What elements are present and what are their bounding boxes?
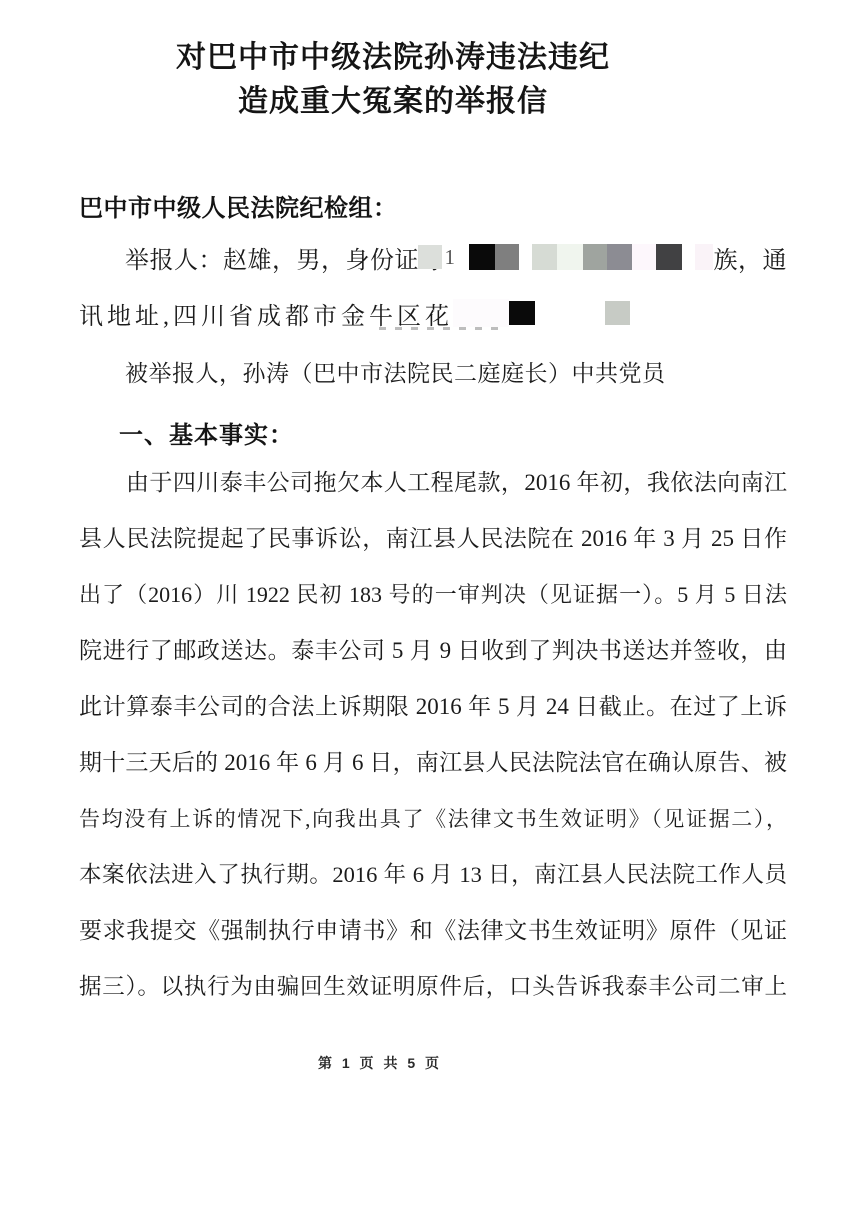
body-line: 期十三天后的 2016 年 6 月 6 日，南江县人民法院法官在确认原告、被 <box>79 735 787 791</box>
body-line: 出了（2016）川 1922 民初 183 号的一审判决（见证据一）。5 月 5… <box>79 567 787 623</box>
document-title: 对巴中市中级法院孙涛违法违纪 造成重大冤案的举报信 <box>0 36 786 124</box>
redaction-block <box>656 244 682 270</box>
redaction-block <box>607 244 632 270</box>
reporter-prefix-segment: 举报人：赵雄，男，身份证号1 <box>125 240 456 275</box>
section-heading: 一、基本事实： <box>79 415 294 450</box>
reporter-suffix-text: 族，通 <box>713 240 787 275</box>
redaction-block <box>557 244 583 270</box>
address-line: 讯地址,四川省成都市金牛区花 <box>79 299 787 327</box>
salutation-line: 巴中市中级人民法院纪检组： <box>79 188 398 223</box>
reporter-identity-line: 举报人：赵雄，男，身份证号1 族，通 <box>79 243 787 271</box>
redaction-block <box>632 244 656 270</box>
id-redaction-group-c <box>695 244 713 270</box>
redaction-block <box>453 299 509 327</box>
reporter-prefix-text: 举报人：赵雄，男，身份证号 <box>125 240 444 275</box>
body-line: 院进行了邮政送达。泰丰公司 5 月 9 日收到了判决书送达并签收，由 <box>79 623 787 679</box>
address-prefix-text: 讯地址,四川省成都市金牛区花 <box>79 296 453 331</box>
body-line: 由于四川泰丰公司拖欠本人工程尾款，2016 年初，我依法向南江 <box>79 455 787 511</box>
body-line: 要求我提交《强制执行申请书》和《法律文书生效证明》原件（见证 <box>79 903 787 959</box>
body-line: 县人民法院提起了民事诉讼，南江县人民法院在 2016 年 3 月 25 日作 <box>79 511 787 567</box>
body-line: 此计算泰丰公司的合法上诉期限 2016 年 5 月 24 日截止。在过了上诉 <box>79 679 787 735</box>
partial-id-digit: 1 <box>445 245 456 270</box>
redaction-block <box>495 244 519 270</box>
respondent-line: 被举报人，孙涛（巴中市法院民二庭庭长）中共党员 <box>79 355 666 388</box>
redacted-text-remnants <box>379 327 504 330</box>
redaction-block <box>583 244 607 270</box>
document-title-line-1: 对巴中市中级法院孙涛违法违纪 <box>0 36 786 80</box>
address-redaction-group <box>453 299 630 327</box>
redaction-block <box>605 301 630 325</box>
redaction-block <box>418 245 442 269</box>
redaction-block <box>532 244 557 270</box>
redaction-block <box>695 244 713 270</box>
redaction-block <box>509 301 535 325</box>
scanned-complaint-letter-page: 对巴中市中级法院孙涛违法违纪 造成重大冤案的举报信 巴中市中级人民法院纪检组： … <box>0 0 848 1220</box>
body-line: 本案依法进入了执行期。2016 年 6 月 13 日，南江县人民法院工作人员 <box>79 847 787 903</box>
reporter-suffix-segment: 族，通 <box>695 240 787 275</box>
body-line: 告均没有上诉的情况下,向我出具了《法律文书生效证明》（见证据二）， <box>79 791 787 847</box>
id-redaction-group-a <box>469 244 519 270</box>
id-redaction-group-b <box>532 244 682 270</box>
body-line: 据三）。以执行为由骗回生效证明原件后，口头告诉我泰丰公司二审上 <box>79 959 787 1015</box>
redaction-block <box>469 244 495 270</box>
document-title-line-2: 造成重大冤案的举报信 <box>0 80 786 124</box>
body-paragraph: 由于四川泰丰公司拖欠本人工程尾款，2016 年初，我依法向南江 县人民法院提起了… <box>79 455 787 1015</box>
page-footer: 第 1 页 共 5 页 <box>0 1053 760 1073</box>
